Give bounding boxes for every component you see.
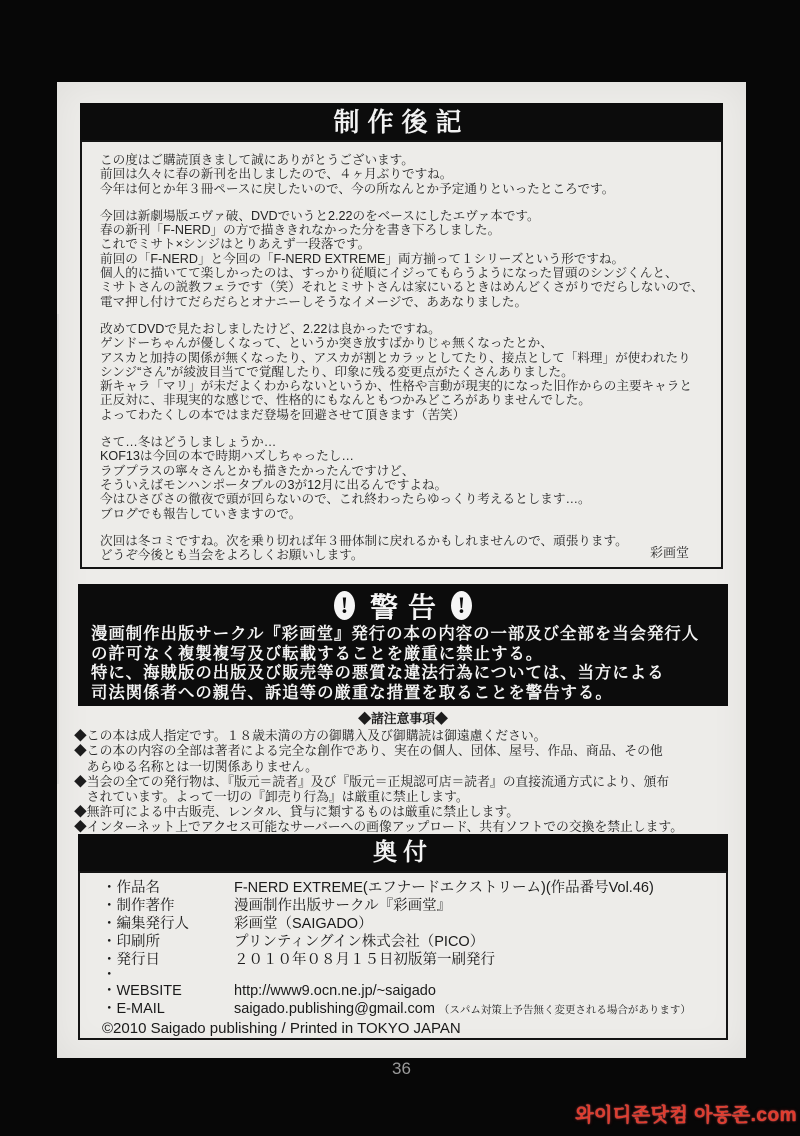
notice-item: ◆この本の内容の全部は著者による完全な創作であり、実在の個人、団体、屋号、作品、… xyxy=(74,743,732,773)
colophon-row: ・編集発行人 彩画堂（SAIGADO） xyxy=(102,915,718,933)
colophon-value: プリンティングイン株式会社（PICO） xyxy=(234,933,718,951)
bullet: ・ xyxy=(102,898,117,914)
notice-item: ◆この本は成人指定です。１８歳未満の方の御購入及び御購読は御遠慮ください。 xyxy=(74,728,732,743)
colophon-value xyxy=(234,969,718,982)
bullet: ・ xyxy=(102,952,117,968)
warning-box: ! 警告 ! 漫画制作出版サークル『彩画堂』発行の本の内容の一部及び全部を当会発… xyxy=(78,584,728,706)
notice-item: ◆当会の全ての発行物は、『版元＝読者』及び『版元＝正規認可店＝読者』の直接流通方… xyxy=(74,774,732,804)
colophon-title: 奥付 xyxy=(373,839,433,866)
warning-title: ! 警告 ! xyxy=(91,587,715,624)
warning-title-text: 警告 xyxy=(360,586,446,626)
afterword-text-box: この度はご購読頂きまして誠にありがとうございます。 前回は久々に春の新刊を出しま… xyxy=(80,140,723,569)
scanned-page: 制作後記 この度はご購読頂きまして誠にありがとうございます。 前回は久々に春の新… xyxy=(57,82,746,1058)
afterword-title: 制作後記 xyxy=(333,107,469,137)
colophon-value: 漫画制作出版サークル『彩画堂』 xyxy=(234,897,718,915)
colophon-label: 編集発行人 xyxy=(117,916,190,932)
colophon-row: ・印刷所 プリンティングイン株式会社（PICO） xyxy=(102,933,718,951)
watermark-text: 와이디존닷컴 아동존.com xyxy=(575,1100,797,1127)
exclamation-icon: ! xyxy=(334,591,355,620)
afterword-title-bar: 制作後記 xyxy=(80,103,723,140)
colophon-row: ・ xyxy=(102,969,718,982)
exclamation-icon: ! xyxy=(451,591,472,620)
bullet: ・ xyxy=(102,1001,117,1017)
scan-artifact xyxy=(57,314,59,784)
afterword-paragraph: さて…冬はどうしましょうか… KOF13は今回の本で時期ハズしちゃったし… ラブ… xyxy=(100,435,707,521)
colophon-label: 作品名 xyxy=(117,880,161,896)
email-address: saigado.publishing@gmail.com xyxy=(234,1001,435,1017)
colophon-title-bar: 奥付 xyxy=(78,834,728,871)
colophon-label: WEBSITE xyxy=(117,983,182,999)
page-number: 36 xyxy=(57,1059,746,1079)
notices-heading: ◆諸注意事項◆ xyxy=(74,711,732,726)
email-note: （スパム対策上予告無く変更される場合があります） xyxy=(439,1004,691,1016)
bullet: ・ xyxy=(102,880,117,896)
colophon-box: ・作品名 F-NERD EXTREME(エフナードエクストリーム)(作品番号Vo… xyxy=(78,871,728,1040)
colophon-value: ２０１０年０８月１５日初版第一刷発行 xyxy=(234,951,718,969)
afterword-paragraph: 改めてDVDで見たおしましたけど、2.22は良かったですね。 ゲンドーちゃんが優… xyxy=(100,322,707,422)
colophon-label: 制作著作 xyxy=(117,898,175,914)
colophon-row: ・E-MAIL saigado.publishing@gmail.com（スパム… xyxy=(102,1000,718,1018)
colophon-row: ・制作著作 漫画制作出版サークル『彩画堂』 xyxy=(102,897,718,915)
notices-section: ◆諸注意事項◆ ◆この本は成人指定です。１８歳未満の方の御購入及び御購読は御遠慮… xyxy=(74,711,732,835)
colophon-row: ・WEBSITE http://www9.ocn.ne.jp/~saigado xyxy=(102,982,718,1000)
colophon-row: ・発行日 ２０１０年０８月１５日初版第一刷発行 xyxy=(102,951,718,969)
copyright-line: ©2010 Saigado publishing / Printed in TO… xyxy=(102,1019,718,1039)
afterword-paragraph: 次回は冬コミですね。次を乗り切れば年３冊体制に戻れるかもしれませんので、頑張りま… xyxy=(100,534,707,563)
notice-item: ◆無許可による中古販売、レンタル、貸与に類するものは厳重に禁止します。 xyxy=(74,804,732,819)
afterword-paragraph: 今回は新劇場版エヴァ破、DVDでいうと2.22のをベースにしたエヴァ本です。 春… xyxy=(100,209,707,309)
colophon-value: F-NERD EXTREME(エフナードエクストリーム)(作品番号Vol.46) xyxy=(234,879,718,897)
warning-body: 漫画制作出版サークル『彩画堂』発行の本の内容の一部及び全部を当会発行人 の許可な… xyxy=(91,624,715,702)
bullet: ・ xyxy=(102,934,117,950)
colophon-row: ・作品名 F-NERD EXTREME(エフナードエクストリーム)(作品番号Vo… xyxy=(102,879,718,897)
circle-signature: 彩画堂 xyxy=(650,546,689,560)
colophon-label: 発行日 xyxy=(117,952,161,968)
bullet: ・ xyxy=(102,967,117,983)
colophon-label: E-MAIL xyxy=(117,1001,165,1017)
bullet: ・ xyxy=(102,983,117,999)
colophon-label: 印刷所 xyxy=(117,934,161,950)
colophon-value: 彩画堂（SAIGADO） xyxy=(234,915,718,933)
notice-item: ◆インターネット上でアクセス可能なサーバーへの画像アップロード、共有ソフトでの交… xyxy=(74,819,732,834)
bullet: ・ xyxy=(102,916,117,932)
afterword-paragraph: この度はご購読頂きまして誠にありがとうございます。 前回は久々に春の新刊を出しま… xyxy=(100,153,707,196)
website-url: http://www9.ocn.ne.jp/~saigado xyxy=(234,982,718,1000)
